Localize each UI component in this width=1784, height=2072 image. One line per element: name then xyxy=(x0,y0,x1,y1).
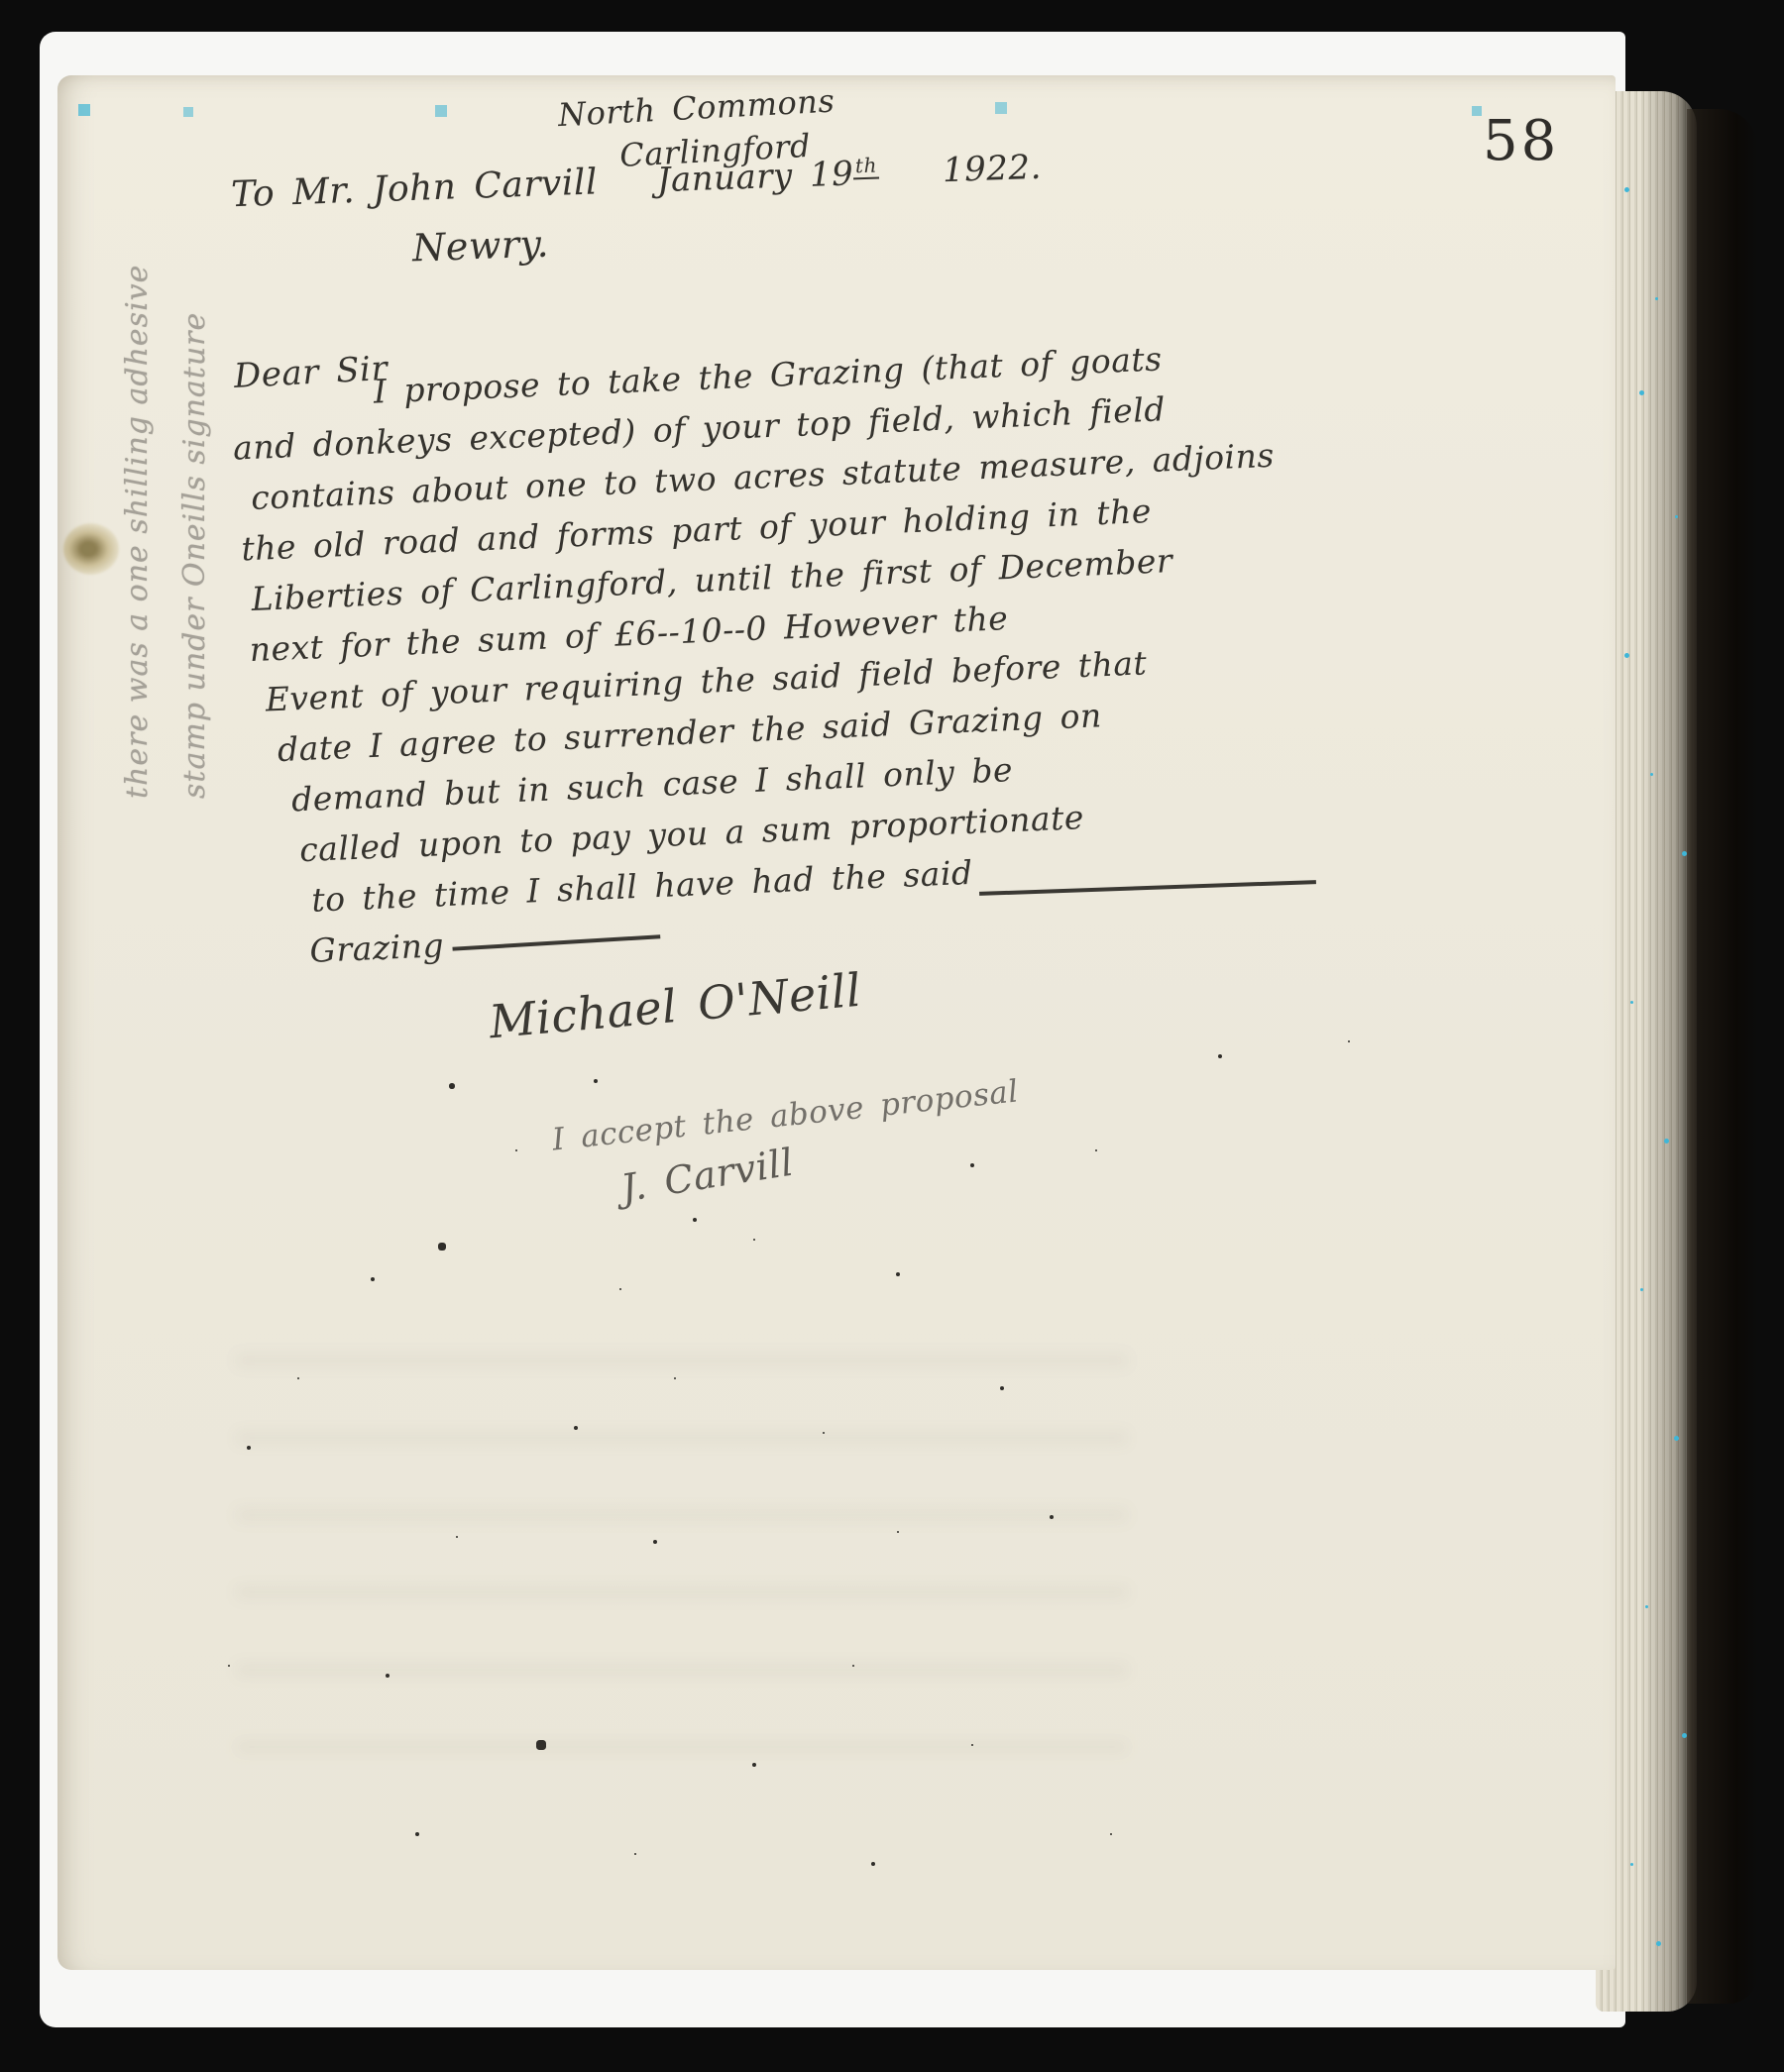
acceptance-signature: J. Carvill xyxy=(618,1141,797,1211)
margin-annotation-line1: there was a one shilling adhesive xyxy=(109,265,167,799)
addressee: To Mr. John Carvill xyxy=(231,162,599,215)
cyan-edge-marks xyxy=(57,108,61,112)
letter-date-day: January 19 xyxy=(656,154,854,200)
margin-annotation-line2: stamp under Oneills signature xyxy=(167,265,224,799)
bleed-through xyxy=(236,1354,1128,1780)
ledger-page: 58 there was a one shilling adhesive sta… xyxy=(57,75,1616,1970)
body-line-text: Grazing xyxy=(309,926,445,970)
letter-date-suffix: th xyxy=(852,153,879,179)
book-edge-shadow xyxy=(1687,109,1758,2004)
addressee-town: Newry. xyxy=(411,222,549,271)
ink-spatter xyxy=(57,75,59,77)
letter-year: 1922. xyxy=(942,148,1042,190)
photo-stage: 58 there was a one shilling adhesive sta… xyxy=(0,0,1784,2072)
sender-signature: Michael O'Neill xyxy=(487,963,863,1049)
letter-body: I propose to take the Grazing (that of g… xyxy=(224,329,1294,979)
flourish-rule xyxy=(452,934,660,950)
margin-annotation: there was a one shilling adhesive stamp … xyxy=(109,265,224,799)
page-number: 58 xyxy=(1483,109,1559,173)
letter-date: January 19th xyxy=(656,153,880,200)
